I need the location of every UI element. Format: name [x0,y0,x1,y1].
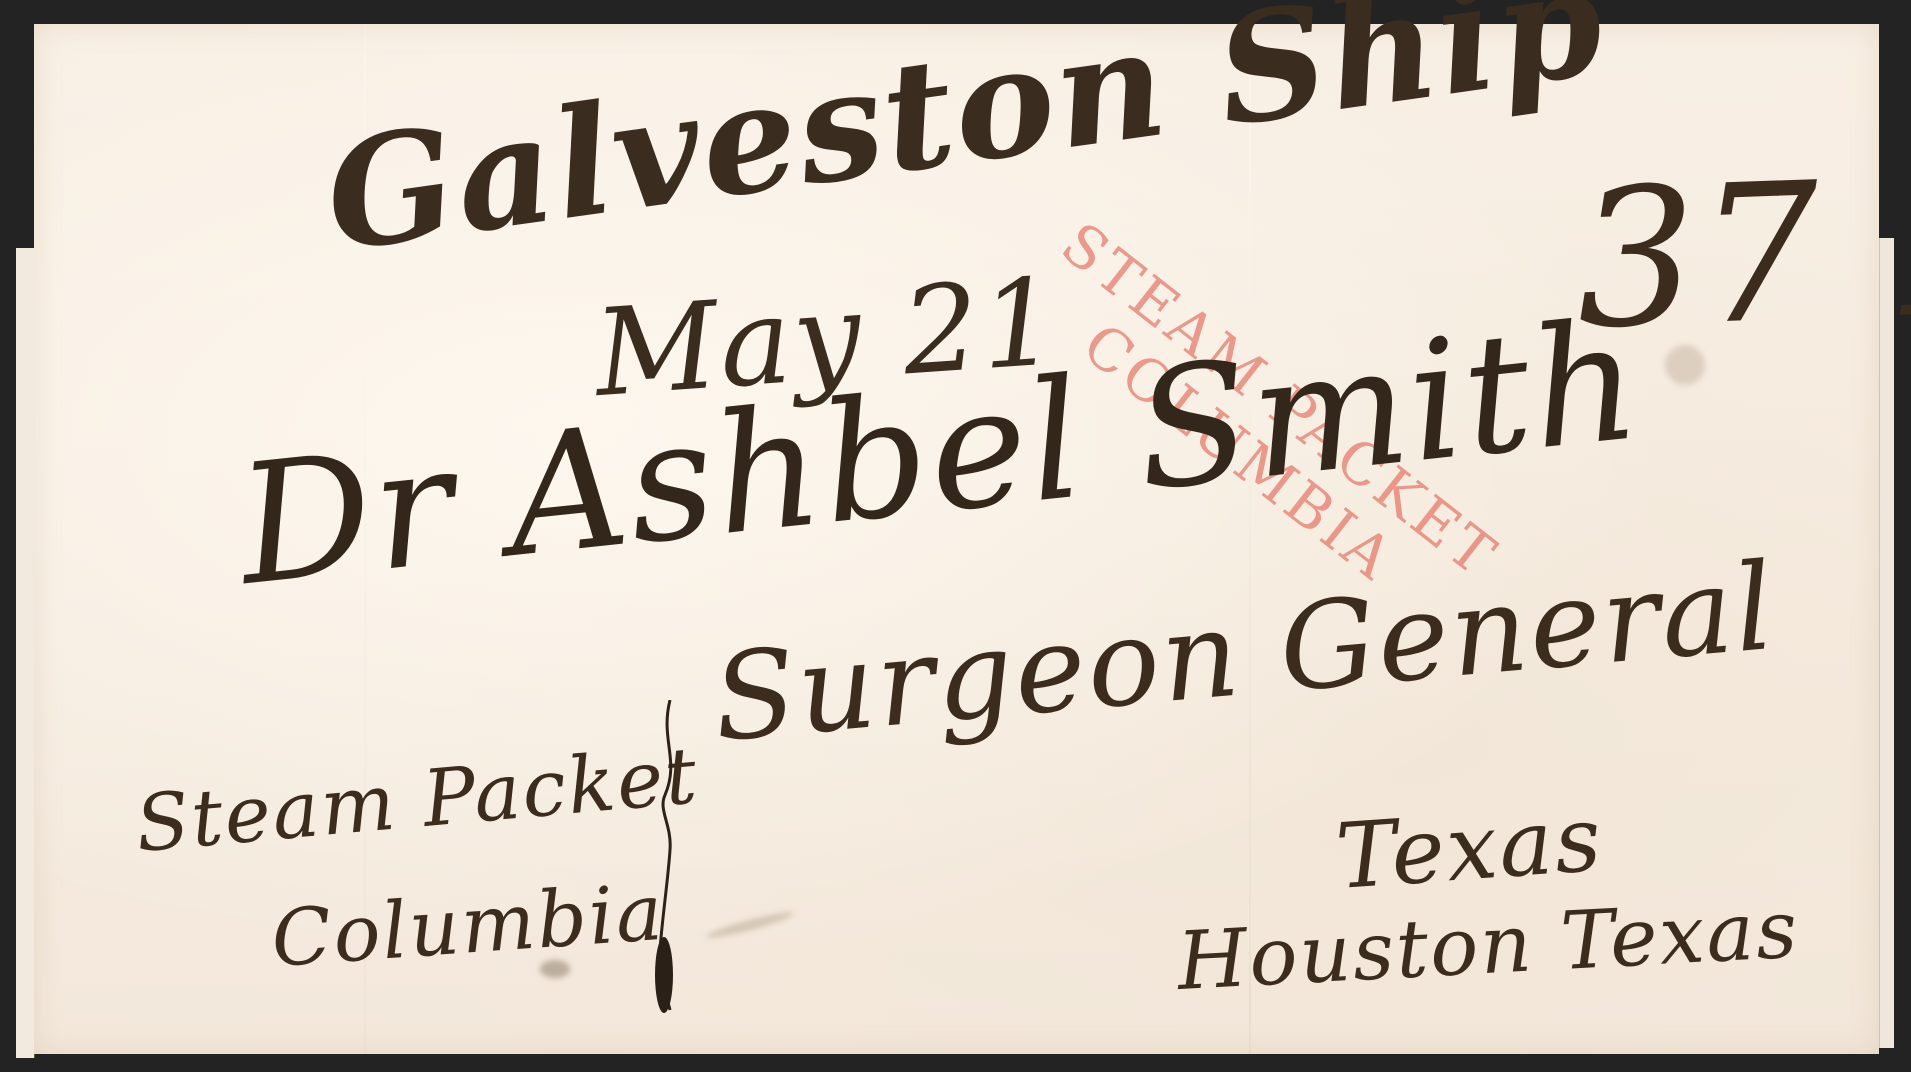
back-flap-left [16,248,35,1058]
scan-background: STEAM PACKET COLUMBIA Galveston Ship May… [0,0,1911,1072]
ink-smudge [1665,345,1705,385]
fold-line [1249,24,1251,1054]
state-line: Texas [1333,787,1607,910]
ink-smudge [540,960,570,978]
brace-flourish [650,700,690,1020]
